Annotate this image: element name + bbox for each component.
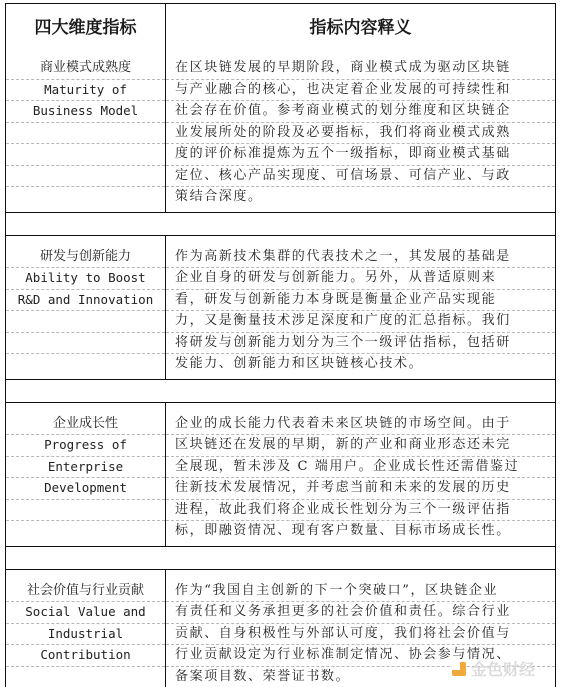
description-line: 企业的成长能力代表着未来区块链的市场空间。由于 (166, 414, 555, 436)
description-line: 进程，故此我们将企业成长性划分为三个一级评估指 (166, 500, 555, 522)
description-line: 作为“我国自主创新的下一个突破口”，区块链企业 (166, 581, 555, 603)
description-line: 定位、核心产品实现度、可信场景、可信产业、与政 (166, 166, 555, 188)
dimension-cell: 研发与创新能力Ability to BoostR&D and Innovatio… (6, 236, 166, 379)
description-cell: 作为高新技术集群的代表技术之一，其发展的基础是企业自身的研发与创新能力。另外，从… (166, 236, 555, 379)
dimension-line (6, 354, 165, 375)
dimension-line (6, 521, 165, 542)
dimension-cell: 企业成长性Progress ofEnterpriseDevelopment (6, 403, 166, 546)
header-dimension: 四大维度指标 (6, 4, 166, 47)
watermark-logo-icon (452, 662, 466, 676)
dimension-line: Ability to Boost (6, 268, 165, 290)
table-row: 企业成长性Progress ofEnterpriseDevelopment企业的… (6, 402, 555, 546)
header-description: 指标内容释义 (166, 4, 555, 47)
dimension-line (6, 311, 165, 333)
indicator-table: 四大维度指标 指标内容释义 商业模式成熟度Maturity ofBusiness… (5, 3, 556, 687)
dimension-cell: 商业模式成熟度Maturity ofBusiness Model (6, 47, 166, 212)
description-line: 力，又是衡量技术涉足深度和广度的汇总指标。我们 (166, 311, 555, 333)
description-line: 作为高新技术集群的代表技术之一，其发展的基础是 (166, 247, 555, 269)
description-line: 将研发与创新能力划分为三个一级评估指标，包括研 (166, 333, 555, 355)
dimension-line: Business Model (6, 101, 165, 123)
description-line: 看，研发与创新能力本身既是衡量企业产品实现能 (166, 290, 555, 312)
dimension-line: Enterprise (6, 457, 165, 479)
dimension-line: 企业成长性 (6, 414, 165, 436)
description-line: 策结合深度。 (166, 187, 555, 208)
description-line: 标，即融资情况、现有客户数量、目标市场成长性。 (166, 521, 555, 542)
description-line: 企业自身的研发与创新能力。另外，从普适原则来 (166, 268, 555, 290)
dimension-line (6, 187, 165, 208)
dimension-cell: 社会价值与行业贡献Social Value andIndustrialContr… (6, 570, 166, 687)
dimension-line: R&D and Innovation (6, 290, 165, 312)
table-row: 商业模式成熟度Maturity ofBusiness Model在区块链发展的早… (6, 47, 555, 212)
table-header-row: 四大维度指标 指标内容释义 (6, 4, 555, 47)
dimension-line: 研发与创新能力 (6, 247, 165, 269)
dimension-line: Maturity of (6, 80, 165, 102)
description-line: 区块链还在发展的早期，新的产业和商业形态还未完 (166, 435, 555, 457)
description-line: 贡献、自身积极性与外部认可度，我们将社会价值与 (166, 624, 555, 646)
dimension-line: Contribution (6, 645, 165, 667)
description-cell: 在区块链发展的早期阶段，商业模式成为驱动区块链与产业融合的核心，也决定着企业发展… (166, 47, 555, 212)
dimension-line: 社会价值与行业贡献 (6, 581, 165, 603)
table-row: 研发与创新能力Ability to BoostR&D and Innovatio… (6, 235, 555, 379)
description-cell: 企业的成长能力代表着未来区块链的市场空间。由于区块链还在发展的早期，新的产业和商… (166, 403, 555, 546)
dimension-line (6, 333, 165, 355)
description-line: 业发展所处的阶段及必要指标，我们将商业模式成熟 (166, 123, 555, 145)
description-line: 有责任和义务承担更多的社会价值和责任。综合行业 (166, 602, 555, 624)
description-line: 发能力、创新能力和区块链核心技术。 (166, 354, 555, 375)
description-line: 度的评价标准提炼为五个一级指标，即商业模式基础 (166, 144, 555, 166)
dimension-line: Industrial (6, 624, 165, 646)
dimension-line (6, 667, 165, 687)
dimension-line (6, 123, 165, 145)
description-line: 在区块链发展的早期阶段，商业模式成为驱动区块链 (166, 58, 555, 80)
dimension-line: Social Value and (6, 602, 165, 624)
spacer-row (6, 546, 555, 569)
description-line: 往新技术发展情况，并考虑当前和未来的发展的历史 (166, 478, 555, 500)
description-line: 全展现，暂未涉及 C 端用户。企业成长性还需借鉴过 (166, 457, 555, 479)
dimension-line: Development (6, 478, 165, 500)
spacer-row (6, 212, 555, 235)
description-line: 与产业融合的核心，也决定着企业发展的可持续性和 (166, 80, 555, 102)
watermark: 金色财经 (452, 657, 535, 680)
dimension-line: 商业模式成熟度 (6, 58, 165, 80)
spacer-row (6, 379, 555, 402)
dimension-line (6, 500, 165, 522)
dimension-line: Progress of (6, 435, 165, 457)
dimension-line (6, 144, 165, 166)
dimension-line (6, 166, 165, 188)
description-line: 社会存在价值。参考商业模式的划分维度和区块链企 (166, 101, 555, 123)
watermark-text: 金色财经 (471, 657, 535, 680)
